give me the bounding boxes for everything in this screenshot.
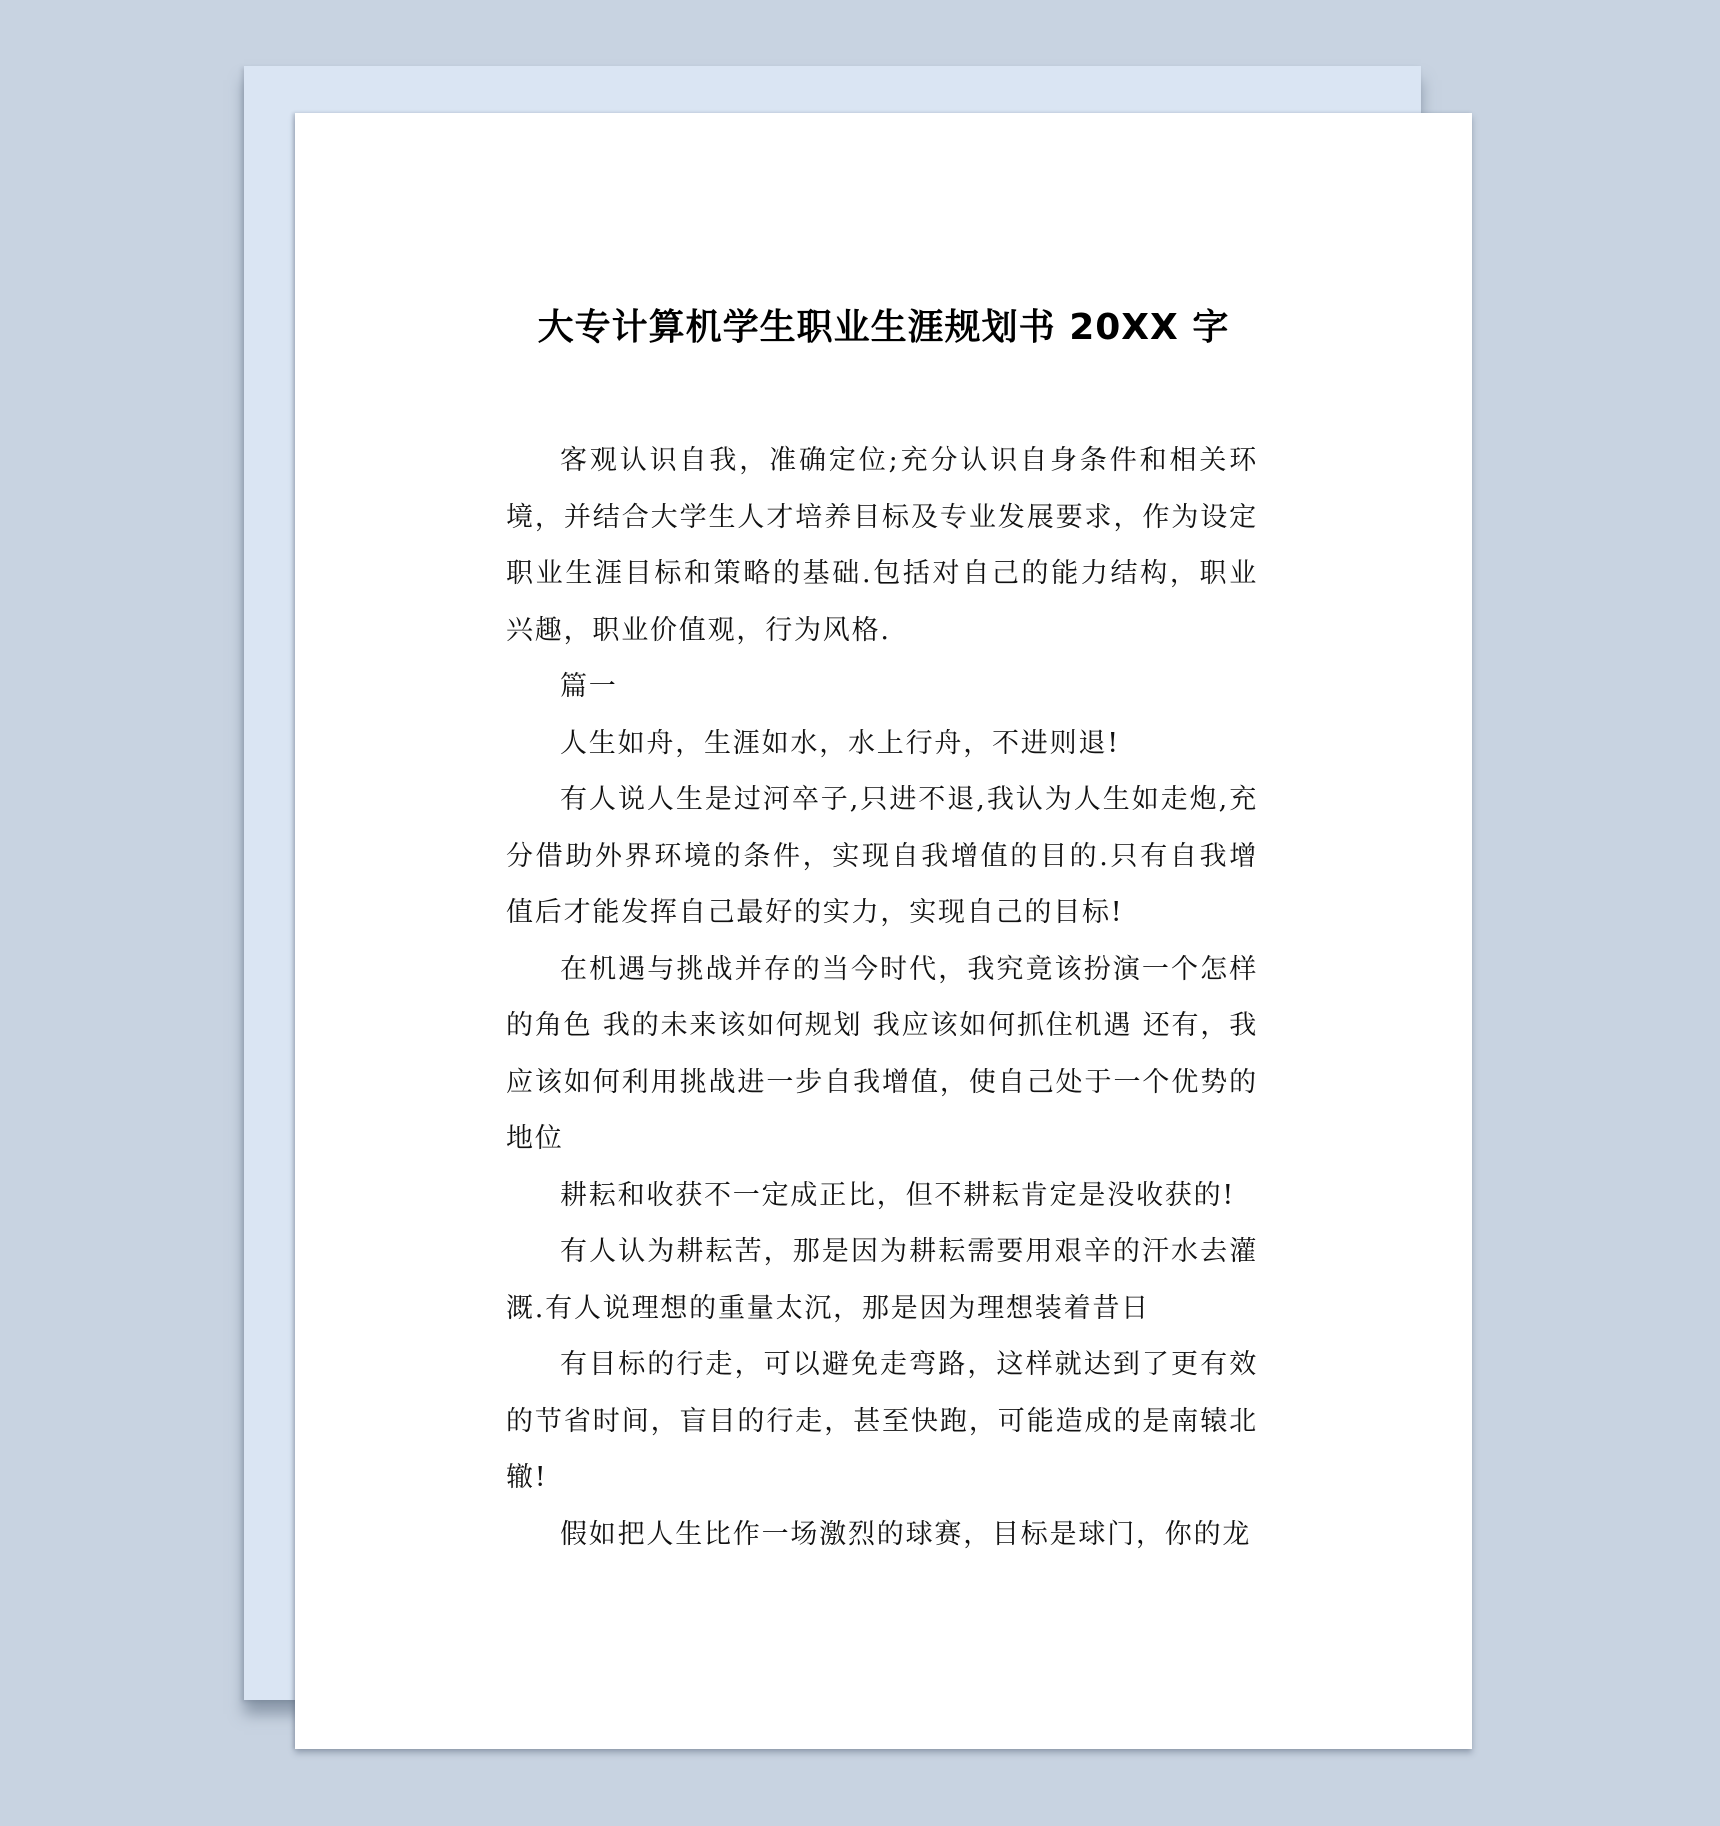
- paragraph: 有目标的行走，可以避免走弯路，这样就达到了更有效的节省时间，盲目的行走，甚至快跑…: [506, 1337, 1258, 1507]
- paragraph: 假如把人生比作一场激烈的球赛，目标是球门，你的龙: [506, 1507, 1258, 1564]
- document-title: 大专计算机学生职业生涯规划书 20XX 字: [295, 303, 1472, 353]
- paragraph: 人生如舟，生涯如水，水上行舟，不进则退!: [506, 716, 1258, 773]
- paragraph: 客观认识自我，准确定位;充分认识自身条件和相关环境，并结合大学生人才培养目标及专…: [506, 433, 1258, 659]
- document-page: 大专计算机学生职业生涯规划书 20XX 字 客观认识自我，准确定位;充分认识自身…: [295, 113, 1472, 1749]
- paragraph: 耕耘和收获不一定成正比，但不耕耘肯定是没收获的!: [506, 1168, 1258, 1225]
- paragraph: 在机遇与挑战并存的当今时代，我究竟该扮演一个怎样的角色 我的未来该如何规划 我应…: [506, 942, 1258, 1168]
- paragraph: 有人认为耕耘苦，那是因为耕耘需要用艰辛的汗水去灌溉.有人说理想的重量太沉，那是因…: [506, 1224, 1258, 1337]
- section-heading: 篇一: [506, 659, 1258, 716]
- paragraph: 有人说人生是过河卒子,只进不退,我认为人生如走炮,充分借助外界环境的条件，实现自…: [506, 772, 1258, 942]
- document-body: 客观认识自我，准确定位;充分认识自身条件和相关环境，并结合大学生人才培养目标及专…: [506, 433, 1258, 1563]
